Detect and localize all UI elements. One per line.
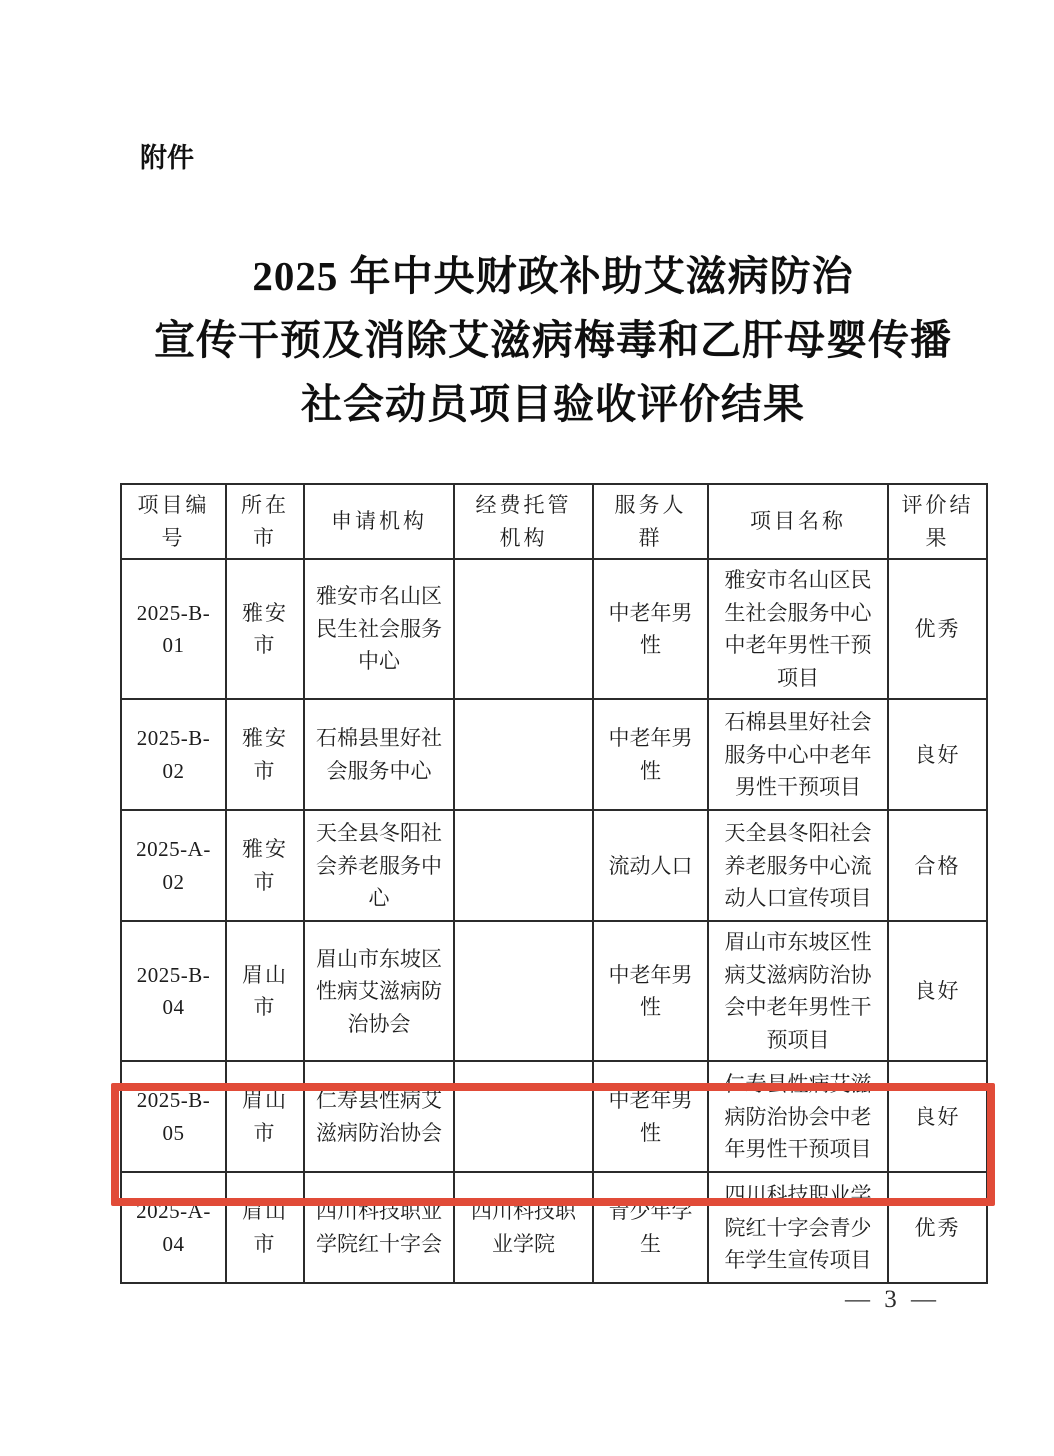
cell-service-group: 流动人口 — [593, 810, 708, 921]
cell-result: 良好 — [888, 921, 987, 1061]
cell-trustee: 四川科技职业学院 — [454, 1172, 593, 1283]
results-table: 项目编号 所在市 申请机构 经费托管机构 服务人群 项目名称 评价结果 2025… — [120, 483, 988, 1284]
col-header-result: 评价结果 — [888, 484, 987, 559]
cell-service-group: 青少年学生 — [593, 1172, 708, 1283]
col-header-project-name: 项目名称 — [708, 484, 888, 559]
cell-project-name: 四川科技职业学院红十字会青少年学生宣传项目 — [708, 1172, 888, 1283]
cell-trustee — [454, 921, 593, 1061]
cell-project-id: 2025-A-02 — [121, 810, 226, 921]
cell-trustee — [454, 699, 593, 810]
cell-project-name: 天全县冬阳社会养老服务中心流动人口宣传项目 — [708, 810, 888, 921]
col-header-applicant: 申请机构 — [304, 484, 454, 559]
cell-trustee — [454, 810, 593, 921]
col-header-trustee: 经费托管机构 — [454, 484, 593, 559]
cell-project-id: 2025-B-02 — [121, 699, 226, 810]
cell-city: 雅安市 — [226, 810, 304, 921]
table-row: 2025-B-02 雅安市 石棉县里好社会服务中心 中老年男性 石棉县里好社会服… — [121, 699, 987, 810]
title-line-2: 宣传干预及消除艾滋病梅毒和乙肝母婴传播 — [120, 308, 986, 372]
cell-project-name: 石棉县里好社会服务中心中老年男性干预项目 — [708, 699, 888, 810]
cell-trustee — [454, 559, 593, 699]
cell-city: 眉山市 — [226, 1172, 304, 1283]
table-row: 2025-B-04 眉山市 眉山市东坡区性病艾滋病防治协会 中老年男性 眉山市东… — [121, 921, 987, 1061]
cell-project-name: 仁寿县性病艾滋病防治协会中老年男性干预项目 — [708, 1061, 888, 1172]
cell-applicant: 仁寿县性病艾滋病防治协会 — [304, 1061, 454, 1172]
results-table-body: 2025-B-01 雅安市 雅安市名山区民生社会服务中心 中老年男性 雅安市名山… — [121, 559, 987, 1283]
cell-result: 合格 — [888, 810, 987, 921]
cell-result: 优秀 — [888, 1172, 987, 1283]
cell-result: 良好 — [888, 1061, 987, 1172]
cell-project-id: 2025-A-04 — [121, 1172, 226, 1283]
cell-project-name: 雅安市名山区民生社会服务中心中老年男性干预项目 — [708, 559, 888, 699]
cell-applicant: 眉山市东坡区性病艾滋病防治协会 — [304, 921, 454, 1061]
attachment-label: 附件 — [140, 136, 194, 175]
cell-result: 优秀 — [888, 559, 987, 699]
document-page: 附件 2025 年中央财政补助艾滋病防治 宣传干预及消除艾滋病梅毒和乙肝母婴传播… — [0, 0, 1054, 1456]
cell-service-group: 中老年男性 — [593, 559, 708, 699]
title-line-3: 社会动员项目验收评价结果 — [120, 372, 986, 436]
cell-applicant: 雅安市名山区民生社会服务中心 — [304, 559, 454, 699]
results-table-wrapper: 项目编号 所在市 申请机构 经费托管机构 服务人群 项目名称 评价结果 2025… — [120, 483, 986, 1284]
cell-city: 眉山市 — [226, 1061, 304, 1172]
cell-applicant: 石棉县里好社会服务中心 — [304, 699, 454, 810]
cell-project-id: 2025-B-04 — [121, 921, 226, 1061]
cell-city: 眉山市 — [226, 921, 304, 1061]
table-row: 2025-B-05 眉山市 仁寿县性病艾滋病防治协会 中老年男性 仁寿县性病艾滋… — [121, 1061, 987, 1172]
cell-applicant: 天全县冬阳社会养老服务中心 — [304, 810, 454, 921]
cell-result: 良好 — [888, 699, 987, 810]
cell-project-name: 眉山市东坡区性病艾滋病防治协会中老年男性干预项目 — [708, 921, 888, 1061]
cell-city: 雅安市 — [226, 559, 304, 699]
document-title: 2025 年中央财政补助艾滋病防治 宣传干预及消除艾滋病梅毒和乙肝母婴传播 社会… — [120, 244, 986, 436]
table-row: 2025-B-01 雅安市 雅安市名山区民生社会服务中心 中老年男性 雅安市名山… — [121, 559, 987, 699]
cell-city: 雅安市 — [226, 699, 304, 810]
table-row: 2025-A-04 眉山市 四川科技职业学院红十字会 四川科技职业学院 青少年学… — [121, 1172, 987, 1283]
page-number: — 3 — — [120, 1286, 986, 1314]
cell-service-group: 中老年男性 — [593, 699, 708, 810]
col-header-project-id: 项目编号 — [121, 484, 226, 559]
title-line-1: 2025 年中央财政补助艾滋病防治 — [120, 244, 986, 308]
cell-service-group: 中老年男性 — [593, 1061, 708, 1172]
col-header-city: 所在市 — [226, 484, 304, 559]
col-header-service-group: 服务人群 — [593, 484, 708, 559]
cell-trustee — [454, 1061, 593, 1172]
table-header-row: 项目编号 所在市 申请机构 经费托管机构 服务人群 项目名称 评价结果 — [121, 484, 987, 559]
cell-project-id: 2025-B-01 — [121, 559, 226, 699]
cell-service-group: 中老年男性 — [593, 921, 708, 1061]
table-row: 2025-A-02 雅安市 天全县冬阳社会养老服务中心 流动人口 天全县冬阳社会… — [121, 810, 987, 921]
cell-applicant: 四川科技职业学院红十字会 — [304, 1172, 454, 1283]
cell-project-id: 2025-B-05 — [121, 1061, 226, 1172]
